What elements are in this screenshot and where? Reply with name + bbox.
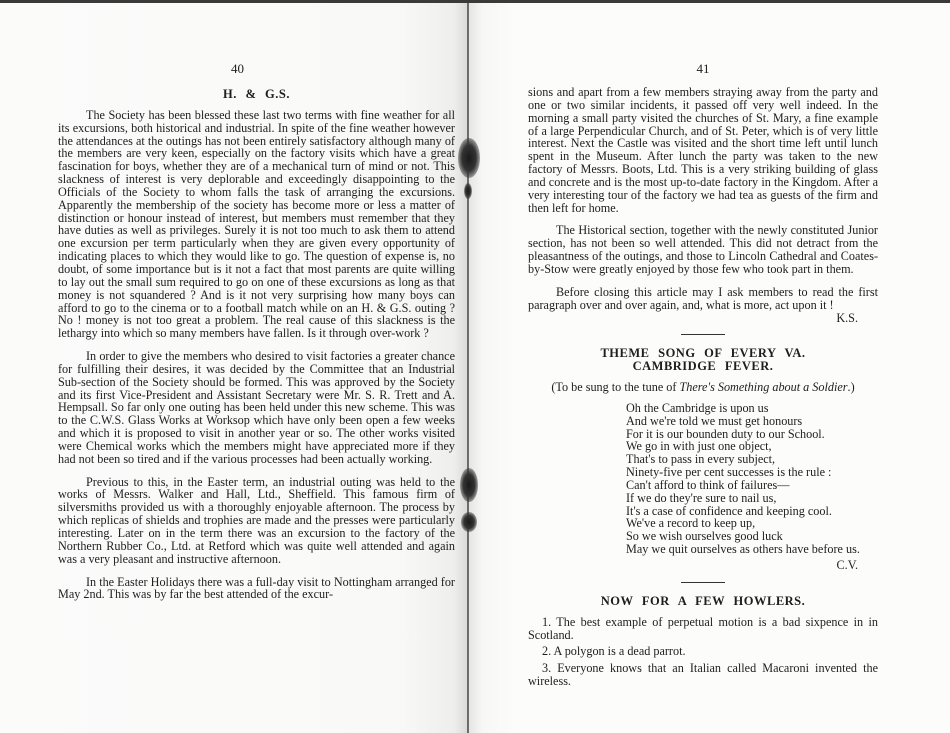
song-verse: Oh the Cambridge is upon us And we're to… [626, 402, 878, 556]
right-page: 41 sions and apart from a few members st… [468, 3, 950, 733]
binding-stain [460, 468, 478, 502]
paragraph: Before closing this article may I ask me… [528, 286, 878, 312]
article-title-hgs: H. & G.S. [58, 88, 455, 101]
howler-item: 3. Everyone knows that an Italian called… [528, 662, 878, 688]
page-number-right: 41 [528, 61, 878, 77]
signature-ks: K.S. [528, 312, 858, 325]
verse-line: May we quit ourselves as others have bef… [626, 543, 878, 556]
verse-line: Can't afford to think of failures— [626, 479, 878, 492]
paragraph: In the Easter Holidays there was a full-… [58, 576, 455, 602]
binding-stain [458, 138, 480, 178]
verse-line: Oh the Cambridge is upon us [626, 402, 878, 415]
binding-stain [461, 512, 477, 532]
howler-item: 2. A polygon is a dead parrot. [528, 645, 878, 658]
book-gutter [467, 3, 469, 733]
continued-paragraph: sions and apart from a few members stray… [528, 86, 878, 214]
right-page-body: sions and apart from a few members stray… [528, 86, 878, 692]
paragraph: Previous to this, in the Easter term, an… [58, 476, 455, 566]
verse-line: And we're told we must get honours [626, 415, 878, 428]
left-page: 40 H. & G.S. The Society has been blesse… [0, 3, 468, 733]
song-subtitle: (To be sung to the tune of There's Somet… [528, 381, 878, 394]
verse-line: If we do they're sure to nail us, [626, 492, 878, 505]
open-book-spread: 40 H. & G.S. The Society has been blesse… [0, 0, 950, 733]
page-number-left: 40 [0, 61, 475, 77]
song-title-line-2: CAMBRIDGE FEVER. [528, 360, 878, 373]
signature-cv: C.V. [528, 559, 858, 572]
paragraph: In order to give the members who desired… [58, 350, 455, 466]
tune-name: There's Something about a Soldier [679, 380, 847, 394]
paragraph: The Society has been blessed these last … [58, 109, 455, 340]
section-divider [681, 334, 725, 335]
verse-line: Ninety-five per cent successes is the ru… [626, 466, 878, 479]
section-divider [681, 582, 725, 583]
left-page-body: H. & G.S. The Society has been blessed t… [58, 88, 455, 611]
paragraph: The Historical section, together with th… [528, 224, 878, 275]
subtitle-prefix: (To be sung to the tune of [551, 380, 679, 394]
howler-item: 1. The best example of perpetual motion … [528, 616, 878, 642]
subtitle-suffix: .) [848, 380, 855, 394]
howlers-title: NOW FOR A FEW HOWLERS. [528, 595, 878, 608]
binding-stain [464, 183, 472, 199]
